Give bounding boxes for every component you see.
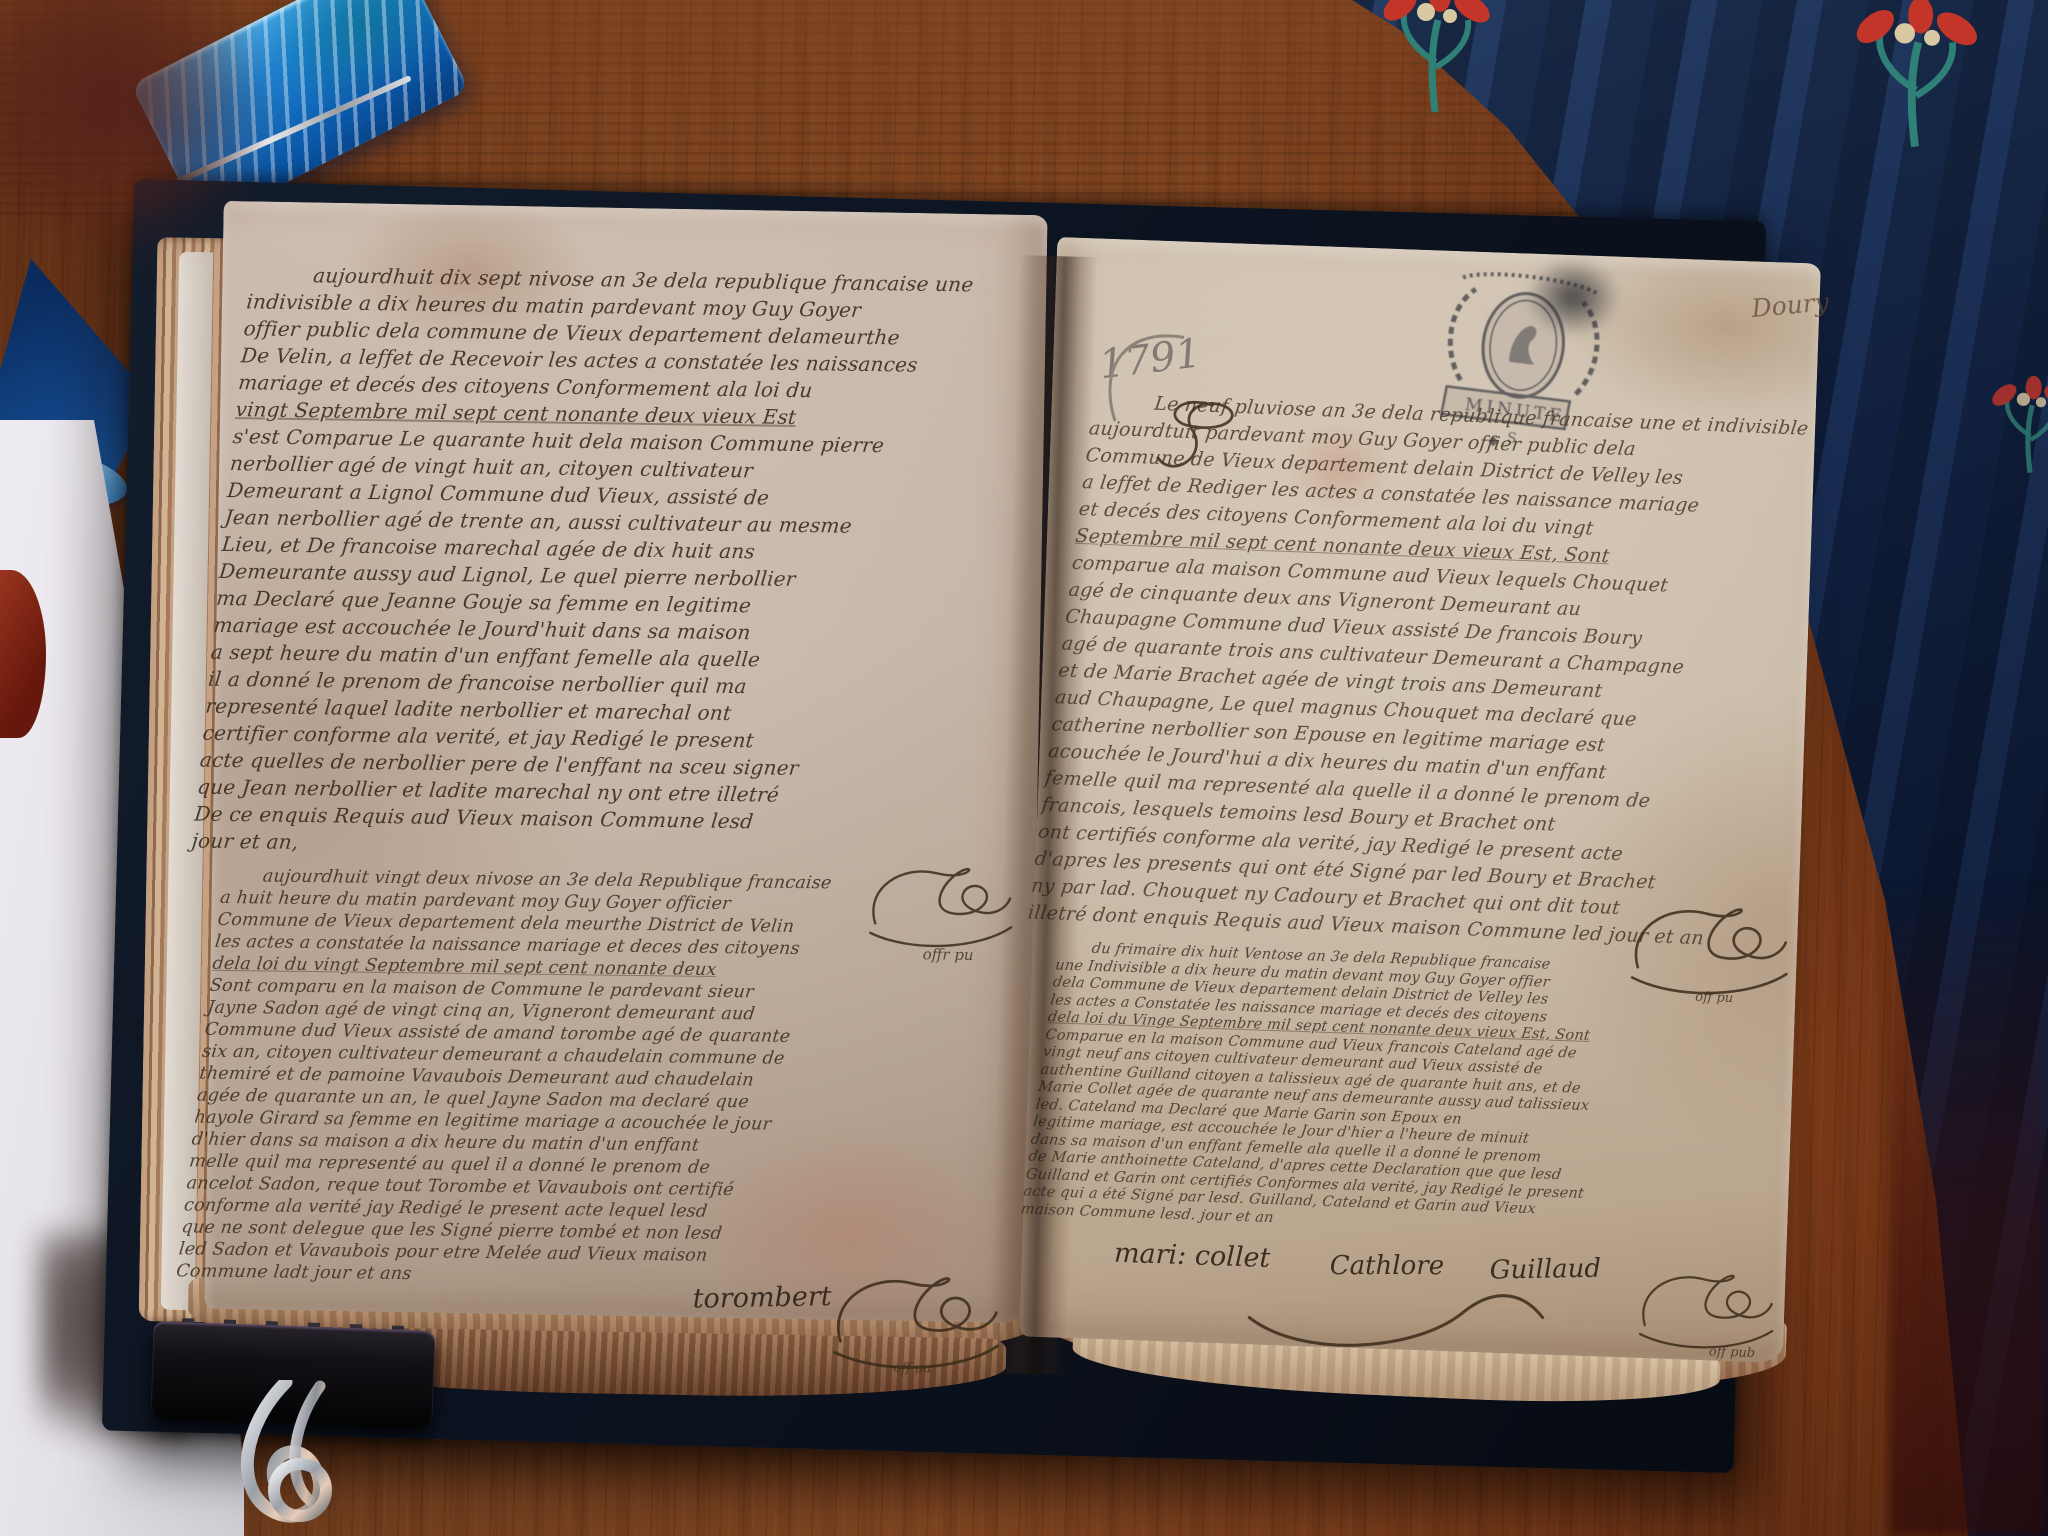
- right-page-act1-text: Le neuf pluviose an 3e dela republique f…: [1026, 388, 1793, 953]
- fabric-shadow-fold: [1890, 880, 2048, 1536]
- right-page-act2-text: du frimaire dix huit Ventose an 3e dela …: [1020, 939, 1779, 1243]
- signature-swash: [1239, 1270, 1552, 1363]
- official-title-note: off pu: [893, 1361, 931, 1377]
- photo-scene: aujourdhuit dix sept nivose an 3e dela r…: [0, 0, 2048, 1536]
- left-page-act2-text: aujourdhuit vingt deux nivose an 3e dela…: [175, 865, 1024, 1292]
- binder-clip-handle: [208, 1380, 408, 1536]
- official-paraph-signature: [1628, 1250, 1782, 1375]
- corner-note: Doury: [1750, 287, 1830, 323]
- left-page-act1-text: aujourdhuit dix sept nivose an 3e dela r…: [190, 261, 1030, 865]
- flower-sprig: [1975, 370, 2048, 480]
- official-title-note: off pub: [1709, 1344, 1756, 1361]
- flower-sprig: [1830, 0, 2000, 158]
- flower-sprig: [1360, 0, 1510, 122]
- signature-collet: mari: collet: [1113, 1238, 1270, 1274]
- right-page: Doury MINUTE S 1791 Le neuf pluviose an …: [1019, 237, 1821, 1363]
- blurred-foreground-finger: [0, 0, 270, 260]
- witness-signature: torombert: [692, 1281, 831, 1314]
- left-page: aujourdhuit dix sept nivose an 3e dela r…: [204, 201, 1047, 1323]
